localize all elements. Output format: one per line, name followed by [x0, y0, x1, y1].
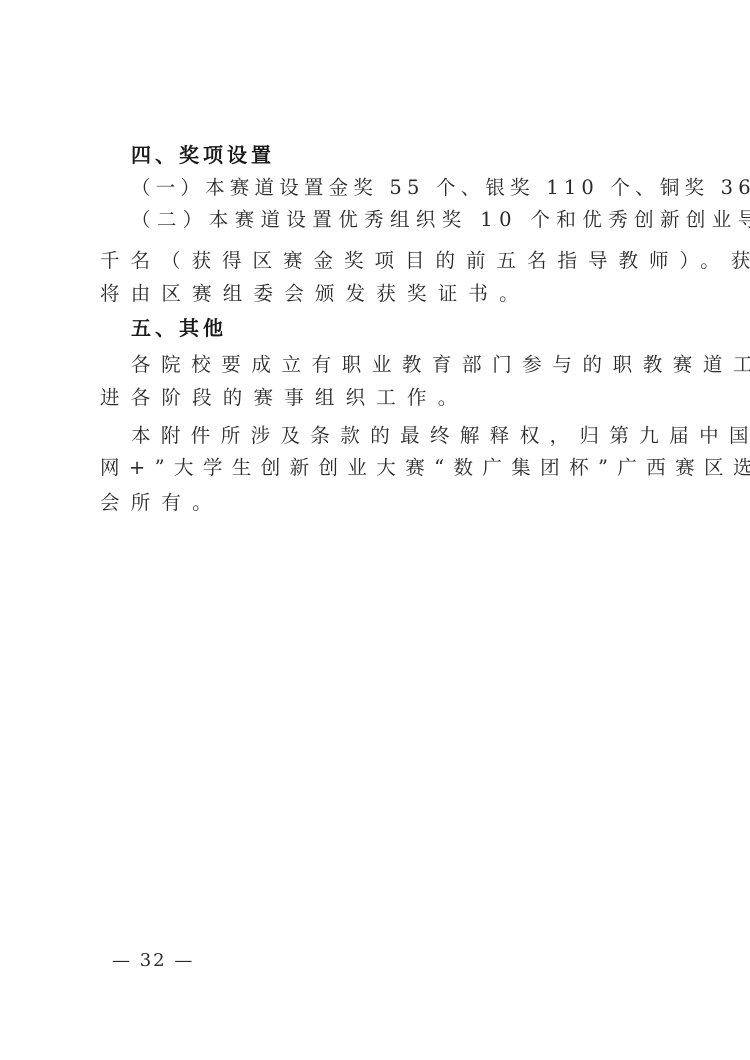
paragraph-line: 进各阶段的赛事组织工作。	[100, 385, 670, 411]
paragraph-line: 会所有。	[100, 490, 670, 516]
paragraph-line: （二）本赛道设置优秀组织奖 10 个和优秀创新创业导师若	[131, 207, 701, 233]
page-number: — 32 —	[112, 950, 194, 971]
section-heading-awards: 四、奖项设置	[131, 142, 701, 168]
section-heading-other: 五、其他	[131, 315, 701, 341]
paragraph-line: 网+”大学生创新创业大赛“数广集团杯”广西赛区选拔赛组委	[100, 455, 670, 481]
paragraph-line: 千名（获得区赛金奖项目的前五名指导教师）。获奖单位和项目	[100, 248, 670, 274]
paragraph-line: 本附件所涉及条款的最终解释权，归第九届中国国际“互联	[131, 423, 701, 449]
paragraph-line: （一）本赛道设置金奖 55 个、银奖 110 个、铜奖 360 个。	[131, 175, 701, 201]
paragraph-line: 将由区赛组委会颁发获奖证书。	[100, 281, 670, 307]
paragraph-line: 各院校要成立有职业教育部门参与的职教赛道工作小组，推	[131, 352, 701, 378]
document-page: 四、奖项设置 （一）本赛道设置金奖 55 个、银奖 110 个、铜奖 360 个…	[0, 0, 750, 1060]
